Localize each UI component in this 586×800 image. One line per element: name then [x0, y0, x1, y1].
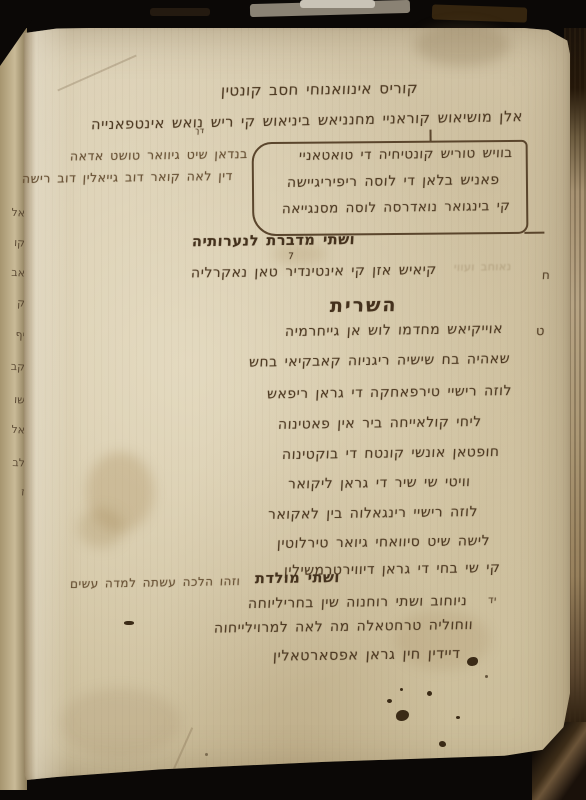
gutter-fragment: קו	[1, 235, 26, 249]
gutter-previous-page: אל קו אב ק יף קב שו אל לב ז	[0, 22, 27, 790]
manuscript-line: קוריס אינוואנוחי חסב קונטין	[220, 79, 418, 100]
ink-blot	[439, 741, 446, 747]
faded-annotation: נאוחב ועווי	[454, 260, 512, 274]
poem-line: חופטאן אונשי קונטח די בוקטינוה	[282, 444, 500, 463]
refrain-line: ושתי מולדת	[255, 570, 341, 587]
section-heading: השרית	[329, 294, 398, 317]
gutter-fragment: ז	[1, 484, 26, 498]
poem-line: ניוחוב ושתי רוחנוה שין בחריליוחה	[247, 593, 467, 612]
ink-blot	[456, 716, 460, 719]
box-tick	[429, 130, 431, 142]
correction-mark: 7	[287, 252, 294, 262]
margin-note-line: דין לאה קואר דוב גייאלין דוב רישה	[22, 168, 234, 186]
stain	[60, 688, 180, 758]
poem-line: וויטי שי שיר די גראן ליקואר	[287, 474, 470, 493]
stain	[78, 508, 124, 548]
boxed-line: קי בינגואר נואדרסה לוסה מסנגייאה	[281, 198, 510, 217]
stain	[415, 24, 510, 66]
ink-blot	[387, 699, 392, 703]
margin-gloss: וזהו הלכה עשתה למדה עשים	[69, 574, 240, 591]
margin-note-line: בנדאן שיט גיוואר טושט אדאה	[70, 146, 249, 163]
poem-line: דיידין חין גראן אפסארטאלין	[272, 646, 460, 665]
poem-line: לוזה רישיי רינגאלוה בין לאקואר	[268, 504, 479, 523]
leather-scrap	[432, 4, 527, 22]
gutter-fragment: אב	[1, 265, 26, 279]
ink-blot	[205, 753, 208, 756]
manuscript-photo: אל קו אב ק יף קב שו אל לב ז קוריס אינווא…	[0, 0, 586, 800]
refrain-line: ושתי מדברת לנערותיה	[191, 232, 355, 250]
binding-top	[0, 0, 586, 28]
ink-blot	[124, 621, 134, 625]
verse-number-marker: יד	[488, 595, 497, 606]
boxed-line: פאניש בלאן די לוסה ריפיריגיישה	[287, 172, 500, 191]
gutter-fragment: אל	[1, 205, 26, 219]
gutter-fragment: שו	[1, 392, 26, 406]
poem-line: אוייקיאש מחדמו לוש אן גייחרמיה	[285, 321, 504, 340]
gutter-fragment: קב	[1, 359, 26, 373]
gutter-fragment: ק	[1, 295, 26, 309]
gutter-fragment: אל	[1, 422, 26, 436]
verse-number-marker: ח	[541, 268, 550, 282]
ink-blot	[400, 688, 403, 691]
poem-line: ליחי קולאייחה ביר אין פאטינוה	[278, 414, 482, 433]
paper-scrap	[300, 0, 375, 8]
ink-blot	[427, 691, 432, 696]
leather-scrap	[150, 8, 210, 16]
poem-line: לוזה רישיי טירפאחקה די גראן ריפאש	[267, 383, 513, 402]
ink-blot	[485, 675, 488, 678]
boxed-line: בוויש טוריש קונטיחיה די טואטאניי	[299, 145, 514, 164]
gutter-fragment: יף	[1, 327, 26, 341]
verse-number-marker: ט	[536, 324, 546, 339]
box-extension	[524, 232, 544, 234]
interlinear-correction: דך	[195, 126, 205, 135]
fold-crease	[57, 55, 136, 92]
gutter-fragment: לב	[1, 455, 26, 469]
poem-line: לישה שיט סיוואחי גיואר טירלוטין	[277, 533, 491, 552]
